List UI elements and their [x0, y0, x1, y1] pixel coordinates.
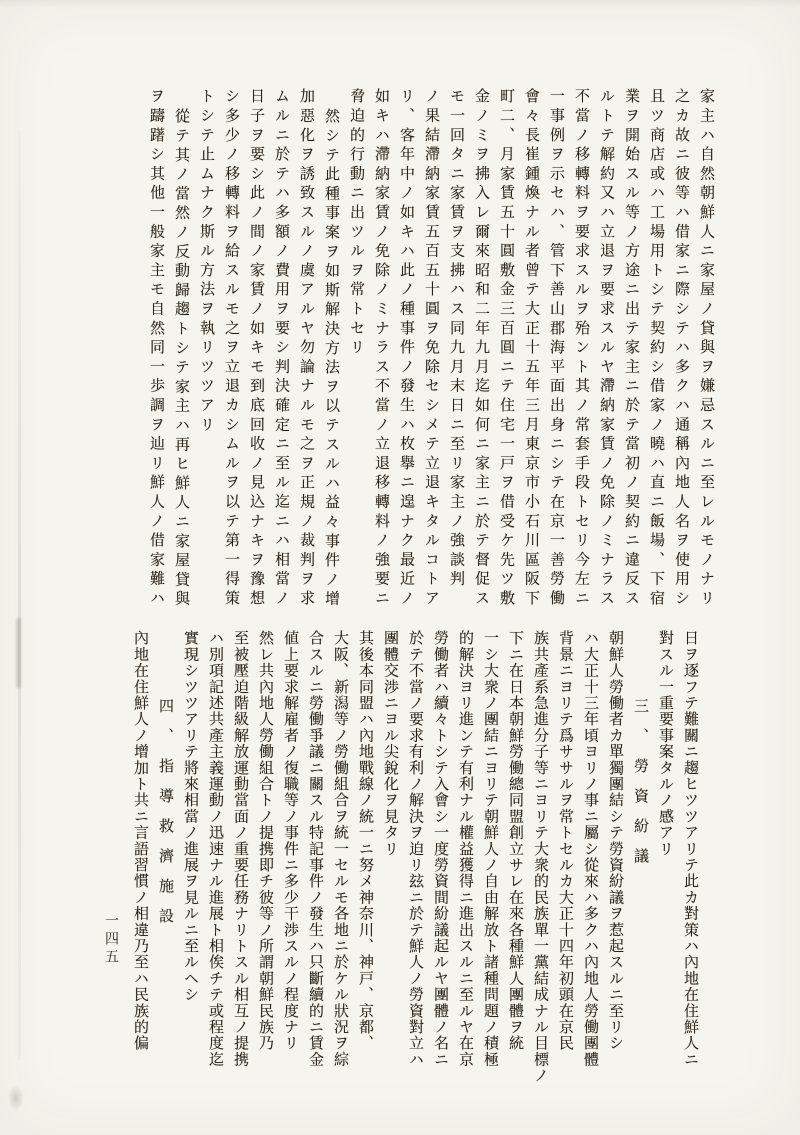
- text-column: 對スル一重要事案タルノ感アリ: [652, 630, 677, 1066]
- text-column: 大阪、新潟等ノ勞働組合ヲ統一セルモ各地ニ於ケル狀況ヲ綜: [327, 630, 352, 1066]
- text-column: 實現シツツアリテ將來相當ノ進展ヲ見ルニ至ルヘシ: [177, 630, 202, 1066]
- text-column: ムルニ於テハ多額ノ費用ヲ要シ判決確定ニ至ル迄ニハ相當ノ: [268, 88, 293, 633]
- scan-streak-left-edge: [18, 130, 21, 1060]
- text-column: 朝鮮人勞働者カ單獨團結シテ勞資紛議ヲ惹起スルニ至リシ: [602, 630, 627, 1066]
- text-column: 一事例ヲ示セハ、管下善山郡海平面出身ニシテ在京一善勞働: [543, 88, 568, 633]
- scan-smudge-bottom-left: [8, 1085, 24, 1111]
- text-column: 値上要求解雇者ノ復職等ノ事件ニ多少干渉スルノ程度ナリ: [277, 630, 302, 1066]
- text-column: リ、客年中ノ如キハ此ノ種事件ノ發生ハ枚擧ニ遑ナク最近ノ: [393, 88, 418, 633]
- text-column: 團體交渉ニヨル尖銳化ヲ見タリ: [377, 630, 402, 1066]
- text-column: 至被壓迫階級解放運動當面ノ重要任務ナリトスル相互ノ提携: [227, 630, 252, 1066]
- bottom-text-block: 日ヲ逐フテ難關ニ趨ヒツツアリテ此カ對策ハ內地在住鮮人ニ對スル一重要事案タルノ感ア…: [127, 630, 702, 1066]
- text-column: シ多少ノ移轉料ヲ給スルモ之ヲ立退カシムルヲ以テ第一得策: [218, 88, 243, 633]
- top-text-block: 家主ハ自然朝鮮人ニ家屋ノ貸與ヲ嫌忌スルニ至レルモノナリ之カ故ニ彼等ハ借家ニ際シテ…: [143, 88, 718, 633]
- text-column: 日子ヲ要シ此ノ間ノ家賃ノ如キモ到底回收ノ見込ナキヲ豫想: [243, 88, 268, 633]
- text-column: ハ別項記述共產主義運動ノ迅速ナル進展ト相俟チテ或程度迄: [202, 630, 227, 1066]
- text-column: 家主ハ自然朝鮮人ニ家屋ノ貸與ヲ嫌忌スルニ至レルモノナリ: [693, 88, 718, 633]
- text-column: ハ大正十三年頃ヨリノ事ニ屬シ從來ハ多クハ內地人勞働團體: [577, 630, 602, 1066]
- text-column: 脅迫的行動ニ出ツルヲ常トセリ: [343, 88, 368, 633]
- text-column: 族共產系急進分子等ニヨリテ大衆的民族單一黨結成ナル目標ノ: [527, 630, 552, 1066]
- text-column: ノ果結滯納家賃五百五十圓ヲ免除セシメテ立退キタルコトア: [418, 88, 443, 633]
- text-column: 金ノミヲ拂入レ爾來昭和二年九月迄如何ニ家主ニ於テ督促ス: [468, 88, 493, 633]
- text-column: 勞働者ハ續々トシテ入會シ一度勞資間紛議起ルヤ團體ノ名ニ: [427, 630, 452, 1066]
- scan-shadow-top-edge: [0, 0, 800, 8]
- text-column: 合スルニ勞働爭議ニ關スル特記事件ノ發生ハ只斷續的ニ賃金: [302, 630, 327, 1066]
- text-column: 其後本同盟ハ內地戰線ノ統一ニ努メ神奈川、神戸、京都、: [352, 630, 377, 1066]
- text-column: 不當ノ移轉料ヲ要求スルヲ殆ント其ノ常套手段トセリ今左ニ: [568, 88, 593, 633]
- text-column: 且ツ商店或ハ工場用トシテ契約シ借家ノ曉ハ直ニ飯場、下宿: [643, 88, 668, 633]
- page-number: 一四五: [100, 913, 120, 967]
- text-column: 於テ不當ノ要求有利ノ解決ヲ迫リ玆ニ於テ鮮人ノ勞資對立ハ: [402, 630, 427, 1066]
- text-column: 業ヲ開始スル等ノ方途ニ出テ家主ニ於テ當初ノ契約ニ違反ス: [618, 88, 643, 633]
- text-column: 如キハ滯納家賃ノ免除ノミナラス不當ノ立退移轉料ノ強要ニ: [368, 88, 393, 633]
- scan-mark-left-edge: [16, 618, 21, 688]
- section-heading: 三、勞資紛議: [627, 630, 652, 1066]
- text-column: 下ニ在日本朝鮮勞働總同盟創立サレ在來各種鮮人團體ヲ統: [502, 630, 527, 1066]
- text-column: 然レ共內地人勞働組合トノ提携即チ彼等ノ所謂朝鮮民族乃: [252, 630, 277, 1066]
- text-column: 的解決ヨリ進ンテ有利ナル權益獲得ニ進出スルニ至ルヤ在京: [452, 630, 477, 1066]
- text-column: 加惡化ヲ誘致スルノ虞アルヤ勿論ナルモ之ヲ正規ノ裁判ヲ求: [293, 88, 318, 633]
- text-column: 會々長崔鍾煥ナル者曾テ大正十五年三月東京市小石川區阪下: [518, 88, 543, 633]
- text-column: 一シ大衆ノ團結ニヨリテ朝鮮人ノ自由解放ト諸種問題ノ積極: [477, 630, 502, 1066]
- text-column: ルトテ解約又ハ立退ヲ要求スルヤ滯納家賃ノ免除ノミナラス: [593, 88, 618, 633]
- text-column: 內地在住鮮人ノ增加ト共ニ言語習慣ノ相違乃至ハ民族的偏: [127, 630, 152, 1066]
- text-column: 從テ其ノ當然ノ反動歸趨トシテ家主ハ再ヒ鮮人ニ家屋貸與: [168, 88, 193, 633]
- text-column: モ一回タニ家賃ヲ支拂ハス同九月末日ニ至リ家主ノ強談判: [443, 88, 468, 633]
- text-column: 之カ故ニ彼等ハ借家ニ際シテハ多クハ通稱內地人名ヲ使用シ: [668, 88, 693, 633]
- text-column: 町二、月家賃五十圓敷金三百圓ニテ住宅一戸ヲ借受ケ先ツ敷: [493, 88, 518, 633]
- scanned-page: 家主ハ自然朝鮮人ニ家屋ノ貸與ヲ嫌忌スルニ至レルモノナリ之カ故ニ彼等ハ借家ニ際シテ…: [0, 0, 800, 1135]
- section-heading: 四、指導救濟施設: [152, 630, 177, 1066]
- text-column: 然シテ此種事案ヲ如斯解決方法ヲ以テスルハ益々事件ノ增: [318, 88, 343, 633]
- text-column: 日ヲ逐フテ難關ニ趨ヒツツアリテ此カ對策ハ內地在住鮮人ニ: [677, 630, 702, 1066]
- text-column: ヲ躊躇シ其他一般家主モ自然同一歩調ヲ辿リ鮮人ノ借家難ハ: [143, 88, 168, 633]
- text-column: 背景ニヨリテ爲ササルヲ常トセルカ大正十四年初頭在京民: [552, 630, 577, 1066]
- text-column: トシテ止ムナク斯ル方法ヲ執リツツアリ: [193, 88, 218, 633]
